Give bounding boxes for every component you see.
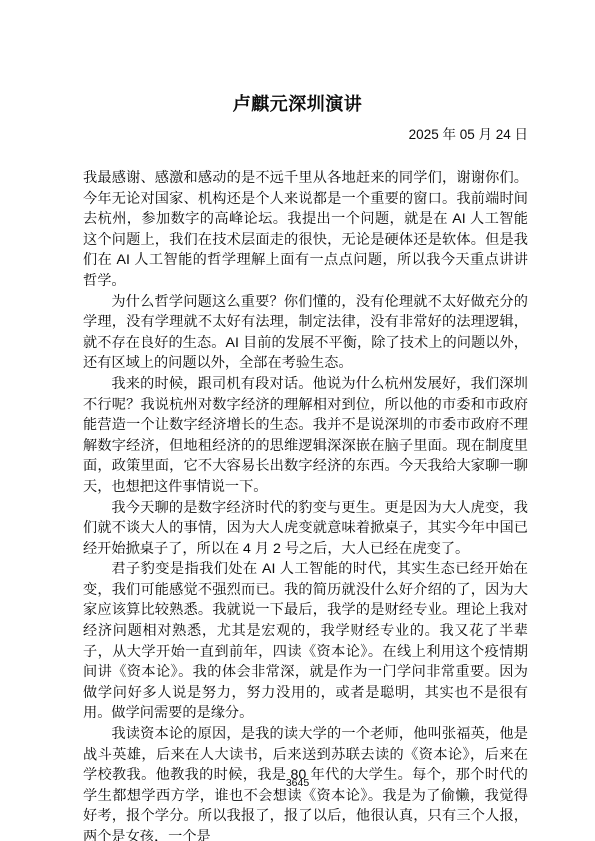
body-paragraph: 为什么哲学问题这么重要？你们懂的，没有伦理就不太好做充分的学理，没有学理就不太好… bbox=[83, 292, 528, 374]
document-date: 2025 年 05 月 24 日 bbox=[0, 123, 595, 143]
body-paragraph: 我最感谢、感激和感动的是不远千里从各地赶来的同学们，谢谢你们。今年无论对国家、机… bbox=[83, 168, 528, 292]
document-title: 卢麒元深圳演讲 bbox=[0, 0, 595, 116]
body-paragraph: 君子豹变是指我们处在 AI 人工智能的时代，其实生态已经开始在变，我们可能感觉不… bbox=[83, 559, 528, 724]
body-paragraph: 我今天聊的是数字经济时代的豹变与更生。更是因为大人虎变，我们就不谈大人的事情，因… bbox=[83, 498, 528, 560]
document-page: 卢麒元深圳演讲 2025 年 05 月 24 日 我最感谢、感激和感动的是不远千… bbox=[0, 0, 595, 841]
page-number: 3645 bbox=[0, 777, 595, 789]
document-body: 我最感谢、感激和感动的是不远千里从各地赶来的同学们，谢谢你们。今年无论对国家、机… bbox=[0, 168, 595, 841]
body-paragraph: 我来的时候，跟司机有段对话。他说为什么杭州发展好，我们深圳不行呢？我说杭州对数字… bbox=[83, 374, 528, 498]
